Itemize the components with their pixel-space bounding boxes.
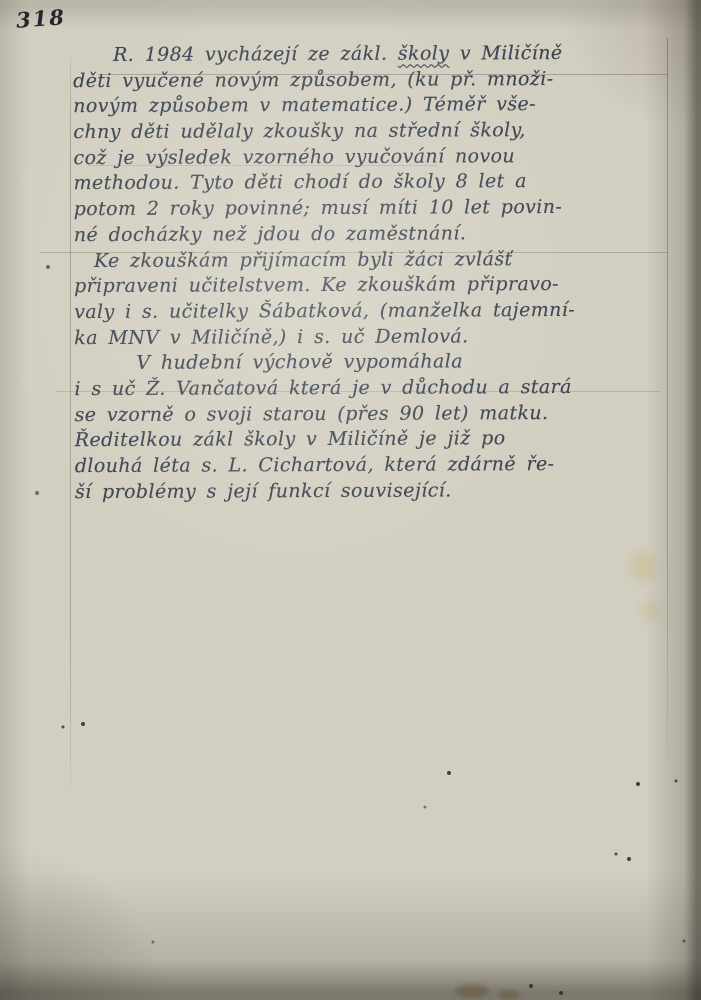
- handwritten-line: novým způsobem v matematice.) Téměř vše-: [73, 92, 574, 120]
- handwritten-line: dlouhá léta s. L. Cichartová, která zdár…: [75, 452, 576, 480]
- handwritten-line: chny děti udělaly zkoušky na střední ško…: [73, 118, 574, 146]
- right-margin-rule: [667, 38, 668, 758]
- handwritten-line: Ředitelkou zákl školy v Miličíně je již …: [75, 426, 576, 454]
- wavy-underlined-word: školy: [398, 42, 450, 64]
- handwritten-line: methodou. Tyto děti chodí do školy 8 let…: [74, 169, 575, 197]
- handwritten-text: R. 1984 vycházejí ze zákl. školy v Milič…: [73, 41, 576, 506]
- handwritten-line: V hudební výchově vypomáhala: [74, 349, 575, 377]
- handwritten-line: valy i s. učitelky Šábatková, (manželka …: [74, 298, 575, 326]
- handwritten-line: se vzorně o svoji starou (přes 90 let) m…: [75, 401, 576, 429]
- handwritten-line: potom 2 roky povinné; musí míti 10 let p…: [74, 195, 575, 223]
- paper-stain: [455, 984, 489, 998]
- handwritten-line: což je výsledek vzorného vyučování novou: [73, 144, 574, 172]
- paper-stain: [642, 600, 660, 620]
- handwritten-line: i s uč Ž. Vančatová která je v důchodu a…: [74, 375, 575, 403]
- handwritten-line: né docházky než jdou do zaměstnání.: [74, 221, 575, 249]
- handwritten-line: R. 1984 vycházejí ze zákl. školy v Milič…: [73, 41, 574, 69]
- ink-specks: [0, 0, 2, 2]
- handwritten-line: děti vyučené novým způsobem, (ku př. mno…: [73, 67, 574, 95]
- line-segment: R. 1984 vycházejí ze zákl.: [113, 43, 398, 66]
- page-number: 318: [15, 4, 66, 32]
- left-margin-rule: [70, 58, 71, 788]
- chronicle-scanned-page: 318 R. 1984 vycházejí ze zákl. školy v M…: [0, 0, 701, 1000]
- handwritten-line: připraveni učitelstvem. Ke zkouškám přip…: [74, 272, 575, 300]
- handwritten-line: ší problémy s její funkcí související.: [75, 478, 576, 506]
- line-segment: v Miličíně: [449, 42, 562, 64]
- handwritten-line: ka MNV v Miličíně,) i s. uč Demlová.: [74, 323, 575, 351]
- handwritten-line: Ke zkouškám přijímacím byli žáci zvlášť: [74, 246, 575, 274]
- paper-stain: [498, 990, 520, 1000]
- paper-stain: [630, 552, 656, 582]
